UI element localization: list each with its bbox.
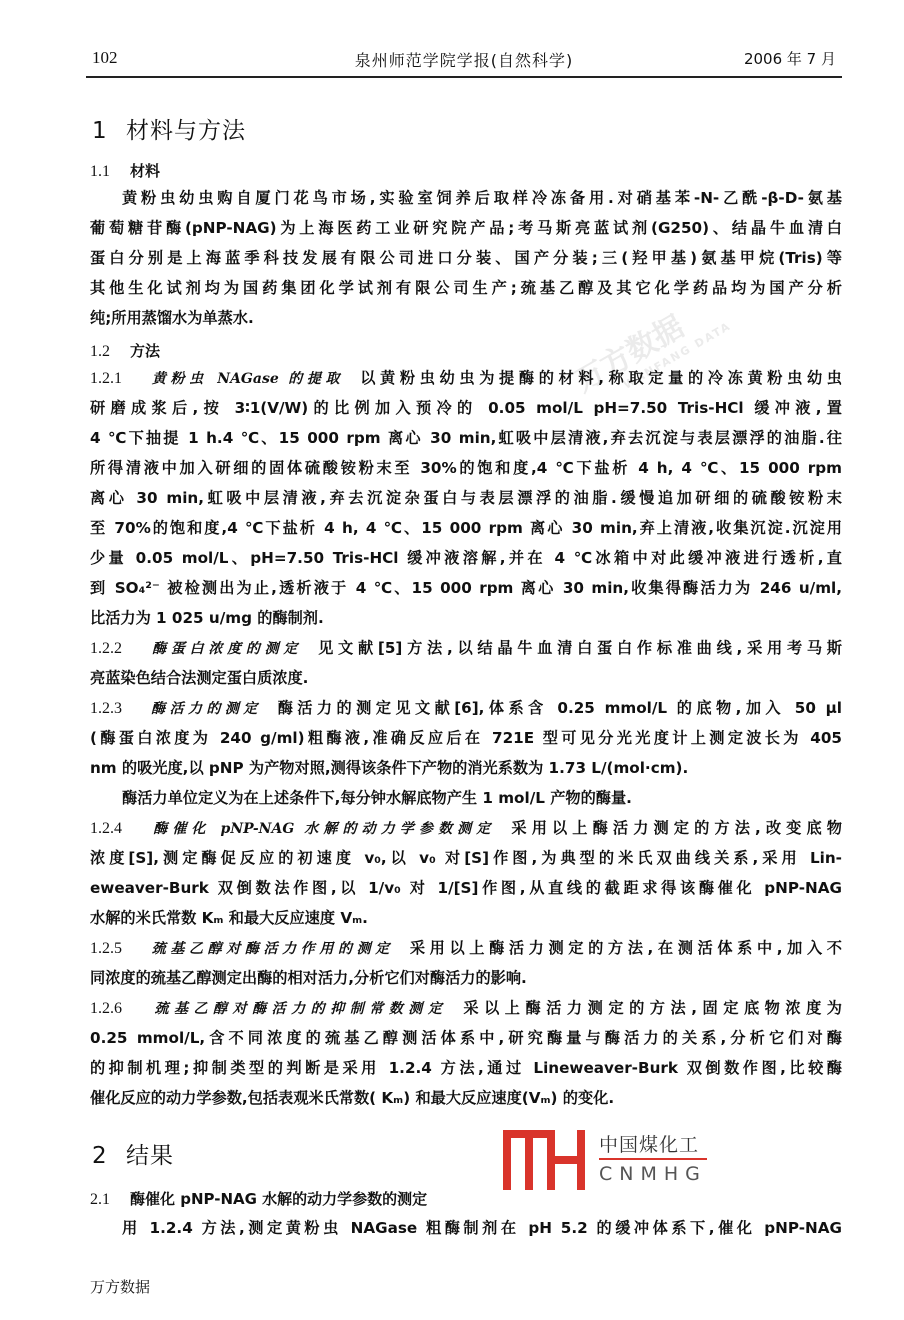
- paragraph-line: 1.2.1 黄粉虫 NAGase 的提取以黄粉虫幼虫为提酶的材料,称取定量的冷冻…: [90, 367, 842, 390]
- paragraph-line: (酶蛋白浓度为 240 g/ml)粗酶液,准确反应后在 721E 型可见分光光度…: [90, 727, 842, 749]
- paragraph-line: 纯;所用蒸馏水为单蒸水.: [90, 307, 842, 329]
- paragraph-line: 研磨成浆后,按 3∶1(V/W)的比例加入预冷的 0.05 mol/L pH=7…: [90, 397, 842, 419]
- logo-text-cn: 中国煤化工: [599, 1130, 699, 1157]
- paragraph-line: 比活力为 1 025 u/mg 的酶制剂.: [90, 607, 842, 629]
- section-heading-2: 2结果: [92, 1137, 174, 1170]
- paragraph-line: eweaver-Burk 双倒数法作图,以 1/v₀ 对 1/[S]作图,从直线…: [90, 877, 842, 899]
- paragraph-keyword: 酶活力的测定: [151, 701, 262, 717]
- paragraph-keyword: 黄粉虫 NAGase 的提取: [152, 371, 344, 387]
- paragraph-line: nm 的吸光度,以 pNP 为产物对照,测得该条件下产物的消光系数为 1.73 …: [90, 757, 842, 779]
- paragraph-line: 催化反应的动力学参数,包括表观米氏常数( Kₘ) 和最大反应速度(Vₘ) 的变化…: [90, 1087, 842, 1109]
- paragraph-line: 1.2.3 酶活力的测定酶活力的测定见文献[6],体系含 0.25 mmol/L…: [90, 697, 842, 720]
- logo-text-en: CNMHG: [599, 1163, 707, 1185]
- paragraph-line: 到 SO₄²⁻ 被检测出为止,透析液于 4 ℃、15 000 rpm 离心 30…: [90, 577, 842, 599]
- paragraph-line: 离心 30 min,虹吸中层清液,弃去沉淀杂蛋白与表层漂浮的油脂.缓慢追加研细的…: [90, 487, 842, 509]
- paragraph-line: 至 70%的饱和度,4 ℃下盐析 4 h, 4 ℃、15 000 rpm 离心 …: [90, 517, 842, 539]
- paragraph-line: 1.2.2 酶蛋白浓度的测定见文献[5]方法,以结晶牛血清白蛋白作标准曲线,采用…: [90, 637, 842, 660]
- paragraph-keyword: 酶蛋白浓度的测定: [152, 641, 302, 657]
- subsection-heading-2-1: 2.1酶催化 pNP-NAG 水解的动力学参数的测定: [90, 1188, 427, 1209]
- paragraph-line: 蛋白分别是上海蓝季科技发展有限公司进口分装、国产分装;三(羟甲基)氨基甲烷(Tr…: [90, 247, 842, 269]
- subsection-heading-1-2: 1.2方法: [90, 340, 160, 361]
- wanfang-watermark: 万方数据 WANFANG DATA: [565, 281, 734, 411]
- paragraph-keyword: 巯基乙醇对酶活力的抑制常数测定: [154, 1001, 447, 1017]
- journal-title: 泉州师范学院学报(自然科学): [88, 48, 840, 71]
- paragraph-line: 少量 0.05 mol/L、pH=7.50 Tris-HCl 缓冲液溶解,并在 …: [90, 547, 842, 569]
- paper-page: 102 泉州师范学院学报(自然科学) 2006 年 7 月 万方数据 WANFA…: [0, 0, 904, 1320]
- paragraph-line: 其他生化试剂均为国药集团化学试剂有限公司生产;巯基乙醇及其它化学药品均为国产分析: [90, 277, 842, 299]
- paragraph-line: 用 1.2.4 方法,测定黄粉虫 NAGase 粗酶制剂在 pH 5.2 的缓冲…: [122, 1217, 842, 1239]
- source-footer: 万方数据: [90, 1276, 150, 1297]
- paragraph-line: 葡萄糖苷酶(pNP-NAG)为上海医药工业研究院产品;考马斯亮蓝试剂(G250)…: [90, 217, 842, 239]
- subsection-heading-1-1: 1.1材料: [90, 160, 160, 181]
- paragraph-line: 0.25 mmol/L,含不同浓度的巯基乙醇测活体系中,研究酶量与酶活力的关系,…: [90, 1027, 842, 1049]
- header-rule: [86, 76, 842, 78]
- mh-logo-icon: [503, 1130, 593, 1190]
- paragraph-keyword: 巯基乙醇对酶活力作用的测定: [152, 941, 394, 957]
- paragraph-line: 1.2.5 巯基乙醇对酶活力作用的测定采用以上酶活力测定的方法,在测活体系中,加…: [90, 937, 842, 960]
- paragraph-line: 4 ℃下抽提 1 h.4 ℃、15 000 rpm 离心 30 min,虹吸中层…: [90, 427, 842, 449]
- running-header: 102 泉州师范学院学报(自然科学) 2006 年 7 月: [88, 44, 840, 74]
- paragraph-line: 1.2.4 酶催化 pNP-NAG 水解的动力学参数测定采用以上酶活力测定的方法…: [90, 817, 842, 840]
- logo-divider: [599, 1158, 707, 1160]
- issue-date: 2006 年 7 月: [744, 48, 836, 69]
- cnmhg-logo: 中国煤化工 CNMHG: [503, 1130, 713, 1190]
- paragraph-keyword: 酶催化 pNP-NAG 水解的动力学参数测定: [153, 821, 495, 837]
- paragraph-line: 1.2.6 巯基乙醇对酶活力的抑制常数测定采以上酶活力测定的方法,固定底物浓度为: [90, 997, 842, 1020]
- paragraph-line: 的抑制机理;抑制类型的判断是采用 1.2.4 方法,通过 Lineweaver-…: [90, 1057, 842, 1079]
- paragraph-line: 浓度[S],测定酶促反应的初速度 v₀,以 v₀ 对[S]作图,为典型的米氏双曲…: [90, 847, 842, 869]
- section-heading-1: 1材料与方法: [92, 112, 246, 145]
- paragraph-line: 酶活力单位定义为在上述条件下,每分钟水解底物产生 1 mol/L 产物的酶量.: [122, 787, 842, 809]
- paragraph-line: 同浓度的巯基乙醇测定出酶的相对活力,分析它们对酶活力的影响.: [90, 967, 842, 989]
- paragraph-line: 亮蓝染色结合法测定蛋白质浓度.: [90, 667, 842, 689]
- paragraph-line: 所得清液中加入研细的固体硫酸铵粉末至 30%的饱和度,4 ℃下盐析 4 h, 4…: [90, 457, 842, 479]
- paragraph-line: 黄粉虫幼虫购自厦门花鸟市场,实验室饲养后取样冷冻备用.对硝基苯-N-乙酰-β-D…: [122, 187, 842, 209]
- paragraph-line: 水解的米氏常数 Kₘ 和最大反应速度 Vₘ.: [90, 907, 842, 929]
